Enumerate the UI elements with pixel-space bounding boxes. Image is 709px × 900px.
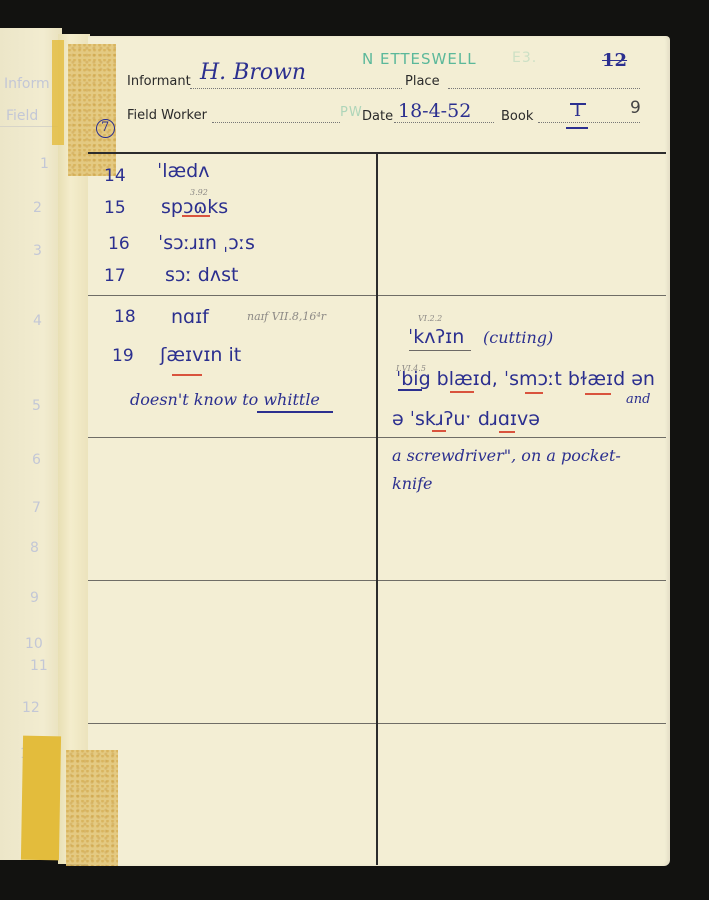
date-value: 18-4-52 <box>398 100 471 122</box>
ghost-number: 6 <box>32 452 41 468</box>
book-line <box>538 122 640 123</box>
place-label: Place <box>405 74 440 89</box>
book-overline <box>570 103 586 105</box>
date-line <box>394 122 494 123</box>
field-worker-stamp: PW <box>340 105 363 120</box>
ghost-informant-label: Inform <box>4 76 50 92</box>
blue-underline <box>398 389 422 391</box>
pencil-underline <box>409 350 471 351</box>
ghost-number: 4 <box>33 313 42 329</box>
entry-number: 19 <box>112 346 134 366</box>
book-underline <box>566 127 588 129</box>
tape-strip-bottom-left <box>21 736 61 861</box>
red-underline <box>499 431 515 433</box>
transcription-blade: ˈbig blæɪd, ˈsmɔːt bɫæɪd ən <box>396 368 655 390</box>
transcription-screwdriver: ə ˈskɹʔuˑ dɹɑɪvə <box>392 408 540 430</box>
entry-transcription: sɔː dʌst <box>165 264 238 286</box>
field-worker-label: Field Worker <box>127 108 207 123</box>
red-underline <box>182 215 210 217</box>
gloss-screwdriver: a screwdriver", on a pocket- <box>392 446 621 465</box>
ghost-number: 9 <box>30 590 39 606</box>
red-underline <box>450 391 474 393</box>
entry-number: 16 <box>108 234 130 254</box>
red-underline <box>525 392 543 394</box>
ghost-field-label: Field <box>6 108 38 124</box>
tape-strip-top-left <box>52 40 64 145</box>
entry-number: 17 <box>104 266 126 286</box>
place-stamp-faint: E3. <box>512 50 537 66</box>
informant-line <box>190 88 402 89</box>
place-line <box>448 88 640 89</box>
entry-annotation: naɪf VII.8,16⁴r <box>247 310 326 323</box>
page-number-struck: 12 <box>602 50 627 71</box>
ghost-number: 2 <box>33 200 42 216</box>
column-divider <box>376 153 378 865</box>
entry-number: 18 <box>114 307 136 327</box>
gloss-cutting: (cutting) <box>483 328 553 347</box>
ghost-number: 11 <box>30 658 48 674</box>
red-underline <box>432 430 446 432</box>
ghost-number: 7 <box>32 500 41 516</box>
ghost-number: 3 <box>33 243 42 259</box>
field-worker-line <box>212 122 340 123</box>
entry-transcription: ʃæɪvɪn it <box>160 344 241 366</box>
entry-transcription: ˈlædʌ <box>157 160 209 182</box>
book-label: Book <box>501 109 533 124</box>
red-underline <box>585 393 611 395</box>
place-stamp: N ETTESWELL <box>362 50 477 68</box>
entry-number: 15 <box>104 198 126 218</box>
tape-strip-bottom <box>66 750 118 866</box>
note-whittle: doesn't know to whittle <box>130 390 320 409</box>
ghost-number: 1 <box>40 156 49 172</box>
entry-transcription: nɑɪf <box>171 306 209 328</box>
note-underline <box>257 411 333 413</box>
gloss-knife: knife <box>392 474 433 493</box>
gloss-and: and <box>626 392 650 407</box>
red-underline <box>172 374 202 376</box>
date-label: Date <box>362 109 393 124</box>
informant-value: H. Brown <box>200 60 306 85</box>
informant-label: Informant <box>127 74 191 89</box>
entry-transcription: ˈsɔːɹɪn ˌɔːs <box>158 232 255 254</box>
ghost-number: 5 <box>32 398 41 414</box>
entry-number: 14 <box>104 166 126 186</box>
ghost-number: 10 <box>25 636 43 652</box>
tape-strip-top <box>68 44 116 176</box>
annotation: VI.2.2 <box>418 314 442 323</box>
transcription-cutting: ˈkʌʔɪn <box>408 326 464 348</box>
circled-number: 7 <box>96 119 115 138</box>
ghost-number: 8 <box>30 540 39 556</box>
corner-mark: 9 <box>630 98 641 118</box>
ghost-number: 12 <box>22 700 40 716</box>
